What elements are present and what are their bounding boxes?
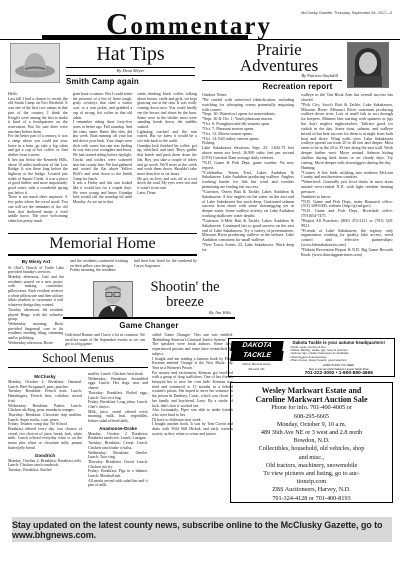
school-name-anamoose-drake: Anamoose-Drake [88,426,148,431]
hat-tips-column-1: Hello, Last fall I had a chance to revis… [8,92,68,232]
masthead-rule-thick [42,35,248,39]
shootin-byline: By Jim Wills [135,310,231,315]
prairie-column-2: walleye in the Van Hook Arm but overall … [301,93,393,336]
auction-line-address: 489 36th Ave NE or 3 west and 2.8 north [231,429,392,437]
man-portrait-icon [94,282,132,318]
dakota-tackle-ad: DAKOTA TACKLE 3201 E. Bismarck Expwy Bis… [228,338,395,377]
dakota-logo-line2: TACKLE [230,351,283,361]
dakota-tackle-logo: DAKOTA TACKLE 3201 E. Bismarck Expwy Bis… [229,339,284,376]
shootin-title-line2: breeze [135,295,235,310]
school-menus-column-1: McClusky Monday, October 2: Breakfast: O… [8,372,82,473]
goodrich-menu-text: Monday, October 2: Breakfast: Breakfast … [8,459,82,473]
auction-line-phone3: 701-324-4128 or 701-400-8193 [231,495,392,503]
shootin-column-2: called 'Game Changer.' This one was enti… [152,333,233,509]
newspaper-commentary-page: McClusky Gazette, Thursday, September 28… [0,0,400,567]
hat-tips-column-2: gone back to nature. But I could sense t… [73,92,133,232]
prairie-adventures-title: Prairie Adventures [220,42,338,73]
memorial-home-title: Memorial Home [8,235,197,253]
shootin-rule [63,317,235,319]
prairie-rule [202,80,342,81]
columnist-photo-jim [93,281,133,319]
woman-portrait-icon [348,43,388,87]
dakota-ad-phone: 701-222-3092 • 1-800-880-4665 [286,371,393,376]
dakota-logo-line1: DAKOTA [230,341,283,351]
school-menus-column-2: muffin. Lunch: Chicken fried steak. Wedn… [88,372,148,488]
school-menus-rule-bottom [8,367,148,368]
shootin-title-line1: Shootin' the [135,280,235,295]
hat-tips-body: Hello, Last fall I had a chance to revis… [8,92,197,232]
auction-title-line2: Caroline Markwart Auction Sale [231,395,392,404]
school-menus-body: McClusky Monday, October 2: Breakfast: O… [8,372,148,488]
auction-line-items3: Old tractors, machinery, snowmobile [231,462,392,470]
dakota-ad-bullet-list: • Rods, reels, combos & line • Daiwa, Be… [290,346,393,363]
auction-line-items2: and misc., [231,454,392,462]
anamoose-drake-menu-text: Monday, October 2 Breakfast: Breakfast s… [88,432,148,488]
memorial-rule-bottom [8,254,197,256]
dakota-bullet-5: • Plano boxes, planer boards, good selec… [290,359,393,362]
auction-line-phone1: Phone for info. 701-400-4005 or [231,404,392,412]
hat-tips-section: Hat Tips By Dean Meyer Smith Camp again … [8,42,197,233]
hat-tips-byline: By Dean Meyer [63,68,198,73]
memorial-rule-top [8,233,197,234]
dakota-address-line1: 3201 E. Bismarck Expwy [231,363,283,366]
auction-line-web2: tionzip.com [231,478,392,486]
auction-line-auctioneer: ZBS Auctioneers, Harvey, N.D. [231,486,392,494]
hat-tips-rule-bottom [66,75,195,76]
dakota-ad-content: Dakota Tackle is your autumn headquarter… [284,339,395,376]
shootin-headline: Game Changer [63,321,235,330]
mcclusky-menu-text: Monday, October 2: Breakfast: Oatmeal. L… [8,380,82,451]
masthead-rule-thin [0,39,400,40]
school-name-mcclusky: McClusky [8,374,82,379]
auction-title-line1: Wesley Markwart Estate and [231,386,392,395]
prairie-headline: Recreation report [202,82,393,91]
subscription-banner-text: Stay updated on the latest county news, … [12,520,392,540]
hat-tips-title: Hat Tips [63,43,198,65]
auction-line-web1: To view pictures and listing, go to auc- [231,470,392,478]
school-name-goodrich: Goodrich [8,453,82,458]
markwart-auction-ad: Wesley Markwart Estate and Caroline Mark… [230,382,393,503]
auction-line-items1: Collectibles, household, old vehicles, s… [231,445,392,453]
shootin-title: Shootin' the breeze [135,280,235,309]
school-menus-title: School Menus [8,351,148,365]
school-menus-rule-top [8,349,148,350]
prairie-title-line2: Adventures [220,58,338,74]
auction-line-city: Bowdon, N.D. [231,437,392,445]
memorial-column-1-text: St. Olaf's Church of Turtle Lake provide… [8,266,64,348]
dakota-ad-tagline: EVERYTHING YOU NEED [286,364,393,367]
prairie-adventures-byline: By Patricia Stockdill [220,73,338,78]
hat-tips-headline: Smith Camp again [8,77,197,86]
goodrich-menu-continued: muffin. Lunch: Chicken fried steak. Wedn… [88,372,148,424]
memorial-byline: By Missy Axt [8,259,64,264]
hat-tips-column-3: cabin drinking black coffee, talking abo… [137,92,197,232]
auction-line-phone2: 608-295-6665 [231,413,392,421]
dakota-address-line2: Bismarck, ND [231,368,283,371]
auction-line-date: Monday, October 9, 10 a.m. [231,421,392,429]
memorial-column-1: By Missy Axt St. Olaf's Church of Turtle… [8,259,64,348]
school-menus-section: School Menus McClusky Monday, October 2:… [8,349,148,515]
subscription-banner: Stay updated on the latest county news, … [12,517,392,542]
